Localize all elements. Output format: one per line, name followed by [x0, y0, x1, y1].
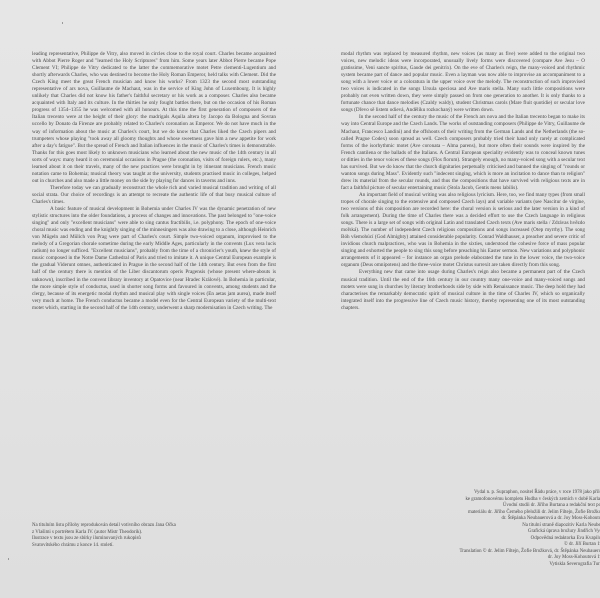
caption-line: Na titulním listu přílohy reprodukován d… — [32, 523, 272, 530]
paragraph: leading representative, Philippe de Vitr… — [32, 51, 276, 185]
caption-line: Svatovítského chrámu z konce 14. století… — [32, 543, 272, 550]
paragraph: Everything new that came into usage duri… — [341, 269, 585, 311]
left-text-column: leading representative, Philippe de Vitr… — [32, 51, 276, 312]
paragraph: modal rhythm was replaced by measured rh… — [341, 51, 585, 114]
colophon-line: Vytiskla Severografia Turnov — [360, 562, 600, 569]
paragraph: A basic feature of musical development i… — [32, 206, 276, 312]
image-credits-caption: Na titulním listu přílohy reprodukován d… — [32, 523, 272, 549]
document-page: leading representative, Philippe de Vitr… — [0, 0, 600, 598]
paragraph: Therefore today we can gradually reconst… — [32, 185, 276, 206]
caption-line: Ilustrace v textu jsou ze sbírky ilumino… — [32, 536, 272, 543]
paper-speck — [8, 558, 9, 560]
paragraph: In the second half of the century the mu… — [341, 114, 585, 192]
paragraph: An important field of musical writing wa… — [341, 192, 585, 270]
right-text-column: modal rhythm was replaced by measured rh… — [341, 51, 585, 312]
paper-speck — [62, 22, 63, 24]
colophon: Vydal n. p. Supraphon, nositel Řádu prác… — [360, 490, 600, 569]
